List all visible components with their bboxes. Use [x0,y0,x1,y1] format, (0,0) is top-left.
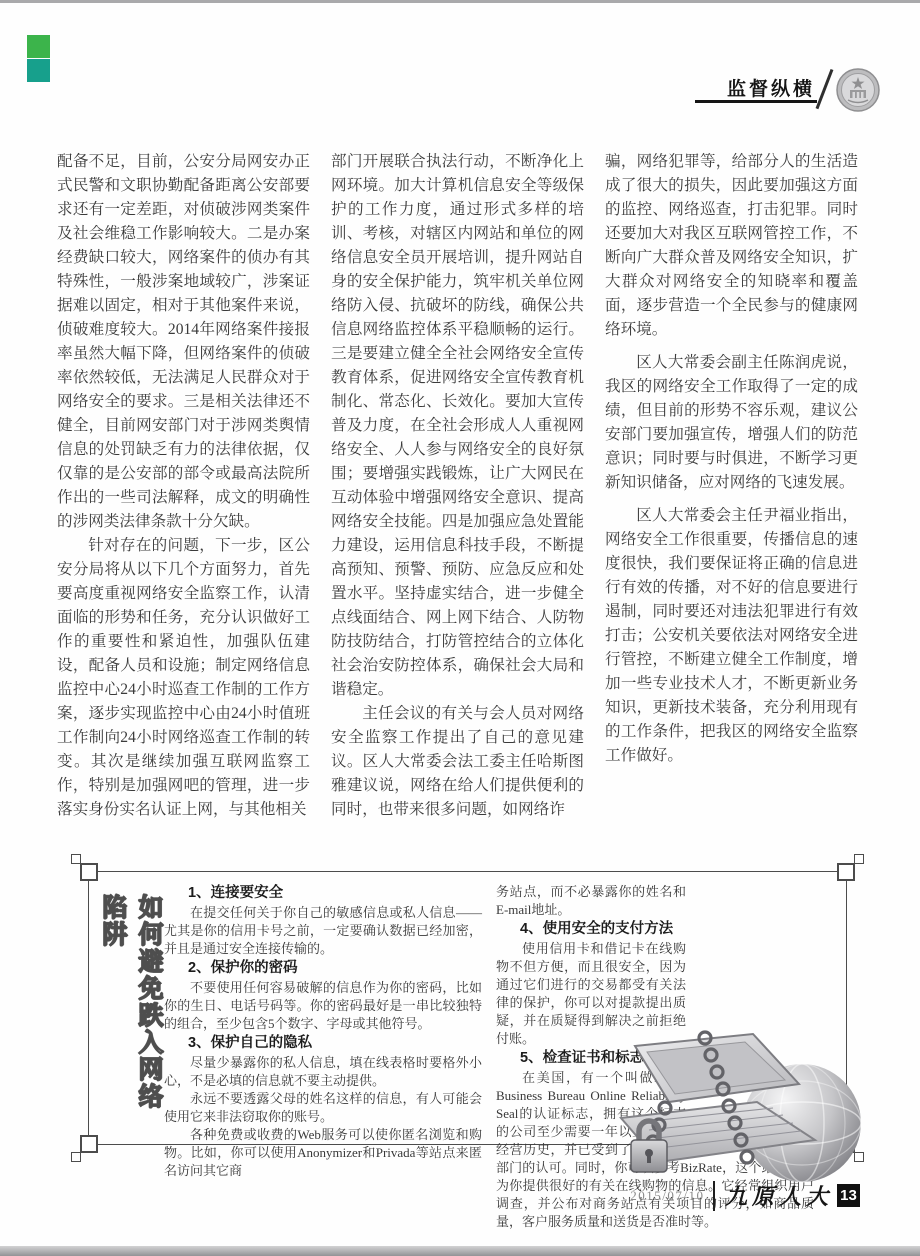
chained-laptop-globe-illustration [605,1030,863,1188]
article-columns: 配备不足，目前，公安分局网安办正式民警和文职协勤配备距离公安部要求还有一定差距，… [57,150,860,822]
tip-paragraph: 尽量少暴露你的私人信息，填在线表格时要格外小心，不是必填的信息就不要主动提供。 [164,1054,482,1090]
article-column-1: 配备不足，目前，公安分局网安办正式民警和文职协勤配备距离公安部要求还有一定差距，… [57,150,310,822]
header-slash [816,69,833,109]
corner-ornament [71,854,81,864]
scan-edge-bottom [0,1246,920,1256]
corner-ornament [837,863,855,881]
magazine-page: 监督纵横 配备不足，目前，公安分局网安办正式民警和文职协勤配备距离公安部要求还有… [0,0,920,1256]
article-paragraph: 配备不足，目前，公安分局网安办正式民警和文职协勤配备距离公安部要求还有一定差距，… [57,150,310,534]
tip-paragraph: 在提交任何关于你自己的敏感信息或私人信息——尤其是你的信用卡号之前，一定要确认数… [164,904,482,958]
corner-ornament [854,854,864,864]
tip-paragraph: 务站点，而不必暴露你的姓名和E-mail地址。 [496,883,814,919]
tip-heading: 3、保护自己的隐私 [164,1034,482,1053]
tip-heading: 1、连接要安全 [164,884,482,903]
tip-box-column-left: 1、连接要安全 在提交任何关于你自己的敏感信息或私人信息——尤其是你的信用卡号之… [164,883,482,1231]
corner-ornament [71,1152,81,1162]
article-paragraph: 主任会议的有关与会人员对网络安全监察工作提出了自己的意见建议。区人大常委会法工委… [331,702,584,822]
article-paragraph: 针对存在的问题，下一步，区公安分局将从以下几个方面努力，首先要高度重视网络安全监… [57,534,310,822]
national-emblem-icon [836,68,880,112]
corner-ornament [80,863,98,881]
tip-paragraph: 各种免费或收费的Web服务可以使你匿名浏览和购物。比如，你可以使用Anonymi… [164,1126,482,1180]
article-column-3: 骗，网络犯罪等，给部分人的生活造成了很大的损失，因此要加强这方面的监控、网络巡查… [605,150,858,822]
print-color-mark-green [27,35,50,58]
article-paragraph: 区人大常委会副主任陈润虎说，我区的网络安全工作取得了一定的成绩，但目前的形势不容… [605,351,858,495]
article-paragraph: 区人大常委会主任尹福业指出，网络安全工作很重要，传播信息的速度很快，我们要保证将… [605,504,858,768]
tip-heading: 4、使用安全的支付方法 [496,920,814,939]
tip-paragraph: 不要使用任何容易破解的信息作为你的密码，比如你的生日、电话号码等。你的密码最好是… [164,979,482,1033]
tip-heading: 2、保护你的密码 [164,959,482,978]
article-column-2: 部门开展联合执法行动，不断净化上网环境。加大计算机信息安全等级保护的工作力度，通… [331,150,584,822]
corner-ornament [80,1135,98,1153]
section-title: 监督纵横 [695,74,815,101]
header-rule [695,100,817,103]
footer-date: 2015/07/10 [630,1188,704,1204]
article-paragraph: 骗，网络犯罪等，给部分人的生活造成了很大的损失，因此要加强这方面的监控、网络巡查… [605,150,858,342]
tip-box-vertical-title: 如何避免跌入网络陷阱 [95,894,167,1130]
tip-paragraph: 永远不要透露父母的姓名这样的信息，有人可能会使用它来非法窃取你的账号。 [164,1090,482,1126]
scan-edge-top [0,0,920,3]
print-color-mark-teal [27,59,50,82]
article-paragraph: 部门开展联合执法行动，不断净化上网环境。加大计算机信息安全等级保护的工作力度，通… [331,150,584,702]
